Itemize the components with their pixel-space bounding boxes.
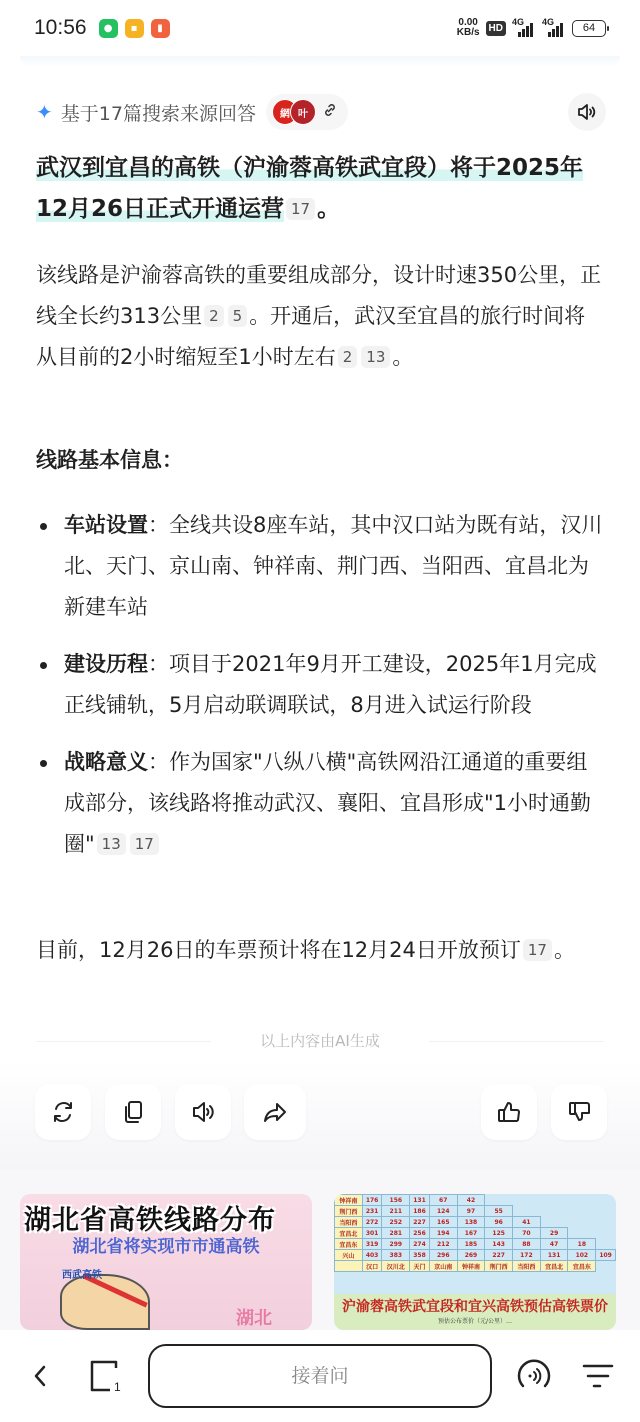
share-icon xyxy=(261,1098,289,1126)
fare-banner-title: 沪渝蓉高铁武宜段和宜兴高铁预估高铁票价 xyxy=(334,1294,616,1316)
headline-end: 。 xyxy=(317,196,340,222)
answer-paragraph-2: 目前，12月26日的车票预计将在12月24日开放预订17。 xyxy=(36,930,606,971)
para2-text: 目前，12月26日的车票预计将在12月24日开放预订 xyxy=(36,938,521,962)
menu-button[interactable] xyxy=(580,1358,616,1394)
speaker-icon xyxy=(575,100,599,124)
regenerate-button[interactable] xyxy=(35,1084,91,1140)
copy-icon xyxy=(119,1098,147,1126)
citation-badge[interactable]: 13 xyxy=(97,833,126,855)
para1-end: 。 xyxy=(392,345,413,369)
thumbs-down-icon xyxy=(565,1098,593,1126)
thumbs-down-button[interactable] xyxy=(551,1084,607,1140)
image-card-fare-table[interactable]: 钟祥南1761561316742荆门西2312111861249755当阳西27… xyxy=(334,1194,616,1330)
para2-end: 。 xyxy=(554,938,575,962)
link-icon xyxy=(322,102,338,122)
bullet-construction: 建设历程：项目于2021年9月开工建设，2025年1月完成正线铺轨，5月启动联调… xyxy=(36,644,606,726)
answer-headline: 武汉到宜昌的高铁（沪渝蓉高铁武宜段）将于2025年12月26日正式开通运营17。 xyxy=(36,148,606,230)
hd-voice-icon: HD xyxy=(486,21,506,36)
citation-badge[interactable]: 13 xyxy=(361,346,390,368)
read-aloud-button[interactable] xyxy=(568,93,606,131)
net-speed: 0.00 KB/s xyxy=(457,18,480,38)
answer-paragraph-1: 该线路是沪渝蓉高铁的重要组成部分，设计时速350公里，正线全长约313公里25。… xyxy=(36,255,606,378)
fare-row: 荆门西2312111861249755 xyxy=(335,1206,616,1217)
read-aloud-action-button[interactable] xyxy=(175,1084,231,1140)
bottom-bar: 1 接着问 xyxy=(0,1330,640,1422)
fare-row: 宜昌北3012812561941671257029 xyxy=(335,1228,616,1239)
voice-input-button[interactable] xyxy=(514,1356,554,1396)
top-card-edge xyxy=(20,56,620,66)
citation-badge[interactable]: 5 xyxy=(228,305,248,327)
fare-row: 兴山403383358296269227172131102109 xyxy=(335,1250,616,1261)
tabs-icon: 1 xyxy=(88,1358,124,1394)
map-label: 西武高铁 xyxy=(62,1266,102,1281)
image-card-hubei-map[interactable]: 湖北省高铁线路分布 湖北省将实现市市通高铁 西武高铁 湖北 xyxy=(20,1194,312,1330)
fare-footer-row: 汉口汉川北天门京山南钟祥南荆门西当阳西宜昌北宜昌东 xyxy=(335,1261,616,1272)
citation-badge[interactable]: 2 xyxy=(204,305,224,327)
sources-chip[interactable]: 網 叶 xyxy=(266,94,348,130)
svg-text:1: 1 xyxy=(114,1380,121,1394)
copy-button[interactable] xyxy=(105,1084,161,1140)
ask-followup-input[interactable]: 接着问 xyxy=(148,1344,492,1408)
info-bullet-list: 车站设置：全线共设8座车站，其中汉口站为既有站，汉川北、天门、京山南、钟祥南、荆… xyxy=(36,505,606,881)
regenerate-icon xyxy=(49,1098,77,1126)
bullet-sep: ： xyxy=(148,513,169,537)
related-images: 湖北省高铁线路分布 湖北省将实现市市通高铁 西武高铁 湖北 钟祥南1761561… xyxy=(0,1170,640,1330)
image-subtitle: 湖北省将实现市市通高铁 xyxy=(20,1232,312,1257)
citation-badge[interactable]: 17 xyxy=(286,198,315,220)
battery-icon: 64 xyxy=(572,20,606,37)
bullet-stations: 车站设置：全线共设8座车站，其中汉口站为既有站，汉川北、天门、京山南、钟祥南、荆… xyxy=(36,505,606,628)
notes-icon: ▪ xyxy=(125,19,144,38)
share-button[interactable] xyxy=(244,1084,306,1140)
bullet-label: 车站设置 xyxy=(64,513,148,537)
tabs-button[interactable]: 1 xyxy=(88,1358,124,1394)
tasks-icon: ▮ xyxy=(151,19,170,38)
image-corner-text: 湖北 xyxy=(236,1304,272,1330)
source-header: ✦ 基于17篇搜索来源回答 網 叶 xyxy=(36,93,606,131)
bullet-sep: ： xyxy=(148,652,169,676)
fare-row: 宜昌东319299274212185143884718 xyxy=(335,1239,616,1250)
fare-banner-subtitle: 预估公布票价（元/公里）… xyxy=(334,1316,616,1325)
section-title: 线路基本信息： xyxy=(36,444,606,474)
menu-icon xyxy=(580,1358,616,1394)
signal-sim2-icon: 4G xyxy=(542,19,566,37)
thumbs-up-button[interactable] xyxy=(481,1084,537,1140)
bullet-label: 战略意义 xyxy=(64,750,148,774)
sparkle-icon: ✦ xyxy=(36,100,53,124)
thumbs-up-icon xyxy=(495,1098,523,1126)
citation-badge[interactable]: 2 xyxy=(338,346,358,368)
net-speed-unit: KB/s xyxy=(457,28,480,38)
status-indicators: 0.00 KB/s HD 4G 4G 64 xyxy=(457,18,606,38)
status-time: 10:56 xyxy=(34,16,87,40)
wechat-icon: ● xyxy=(99,19,118,38)
speaker-icon xyxy=(189,1098,217,1126)
fare-banner: 沪渝蓉高铁武宜段和宜兴高铁预估高铁票价 预估公布票价（元/公里）… xyxy=(334,1294,616,1330)
bullet-strategy: 战略意义：作为国家"八纵八横"高铁网沿江通道的重要组成部分，该线路将推动武汉、襄… xyxy=(36,742,606,865)
bullet-label: 建设历程 xyxy=(64,652,148,676)
sim1-label: 4G xyxy=(512,17,524,27)
back-button[interactable] xyxy=(28,1358,52,1394)
citation-badge[interactable]: 17 xyxy=(523,939,552,961)
fare-table: 钟祥南1761561316742荆门西2312111861249755当阳西27… xyxy=(334,1194,616,1272)
ai-generated-note: 以上内容由AI生成 xyxy=(0,1030,640,1051)
answer-action-bar xyxy=(0,1060,640,1170)
sim2-label: 4G xyxy=(542,17,554,27)
voice-wave-icon xyxy=(514,1356,554,1396)
status-bar: 10:56 ● ▪ ▮ 0.00 KB/s HD 4G 4G 64 xyxy=(0,0,640,56)
source-count-label: 基于17篇搜索来源回答 xyxy=(61,99,256,126)
chevron-left-icon xyxy=(32,1363,48,1389)
citation-badge[interactable]: 17 xyxy=(130,833,159,855)
fare-row: 当阳西2722522271651389641 xyxy=(335,1217,616,1228)
source-favicon: 叶 xyxy=(290,99,316,125)
bullet-sep: ： xyxy=(148,750,169,774)
fare-row: 钟祥南1761561316742 xyxy=(335,1195,616,1206)
signal-sim1-icon: 4G xyxy=(512,19,536,37)
